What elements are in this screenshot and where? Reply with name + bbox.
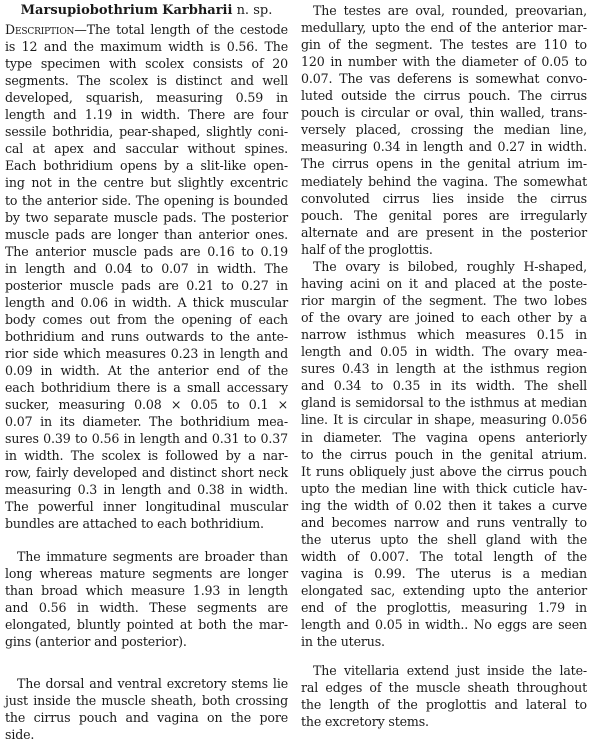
text-line: The testes are oval, rounded, preovarian… <box>301 2 587 19</box>
text-line: row, fairly developed and distinct short… <box>5 464 288 481</box>
text-line: luted outside the cirrus pouch. The cirr… <box>301 87 587 104</box>
text-line: sessile bothridia, pear-shaped, slightly… <box>5 123 288 140</box>
text-line: to the cirrus pouch in the genital atriu… <box>301 446 587 463</box>
text-line: length and 1.19 in width. There are four <box>5 106 288 123</box>
text-line: segments. The scolex is distinct and wel… <box>5 72 288 89</box>
text-line: The powerful inner longitudinal muscular <box>5 498 288 515</box>
text-line: alternate and are present in the posteri… <box>301 224 587 241</box>
text-line: length and 0.06 in width. A thick muscul… <box>5 294 288 311</box>
text-line: in length and 0.04 to 0.07 in width. The <box>5 260 288 277</box>
text-line: pouch is circular or oval, thin walled, … <box>301 104 587 121</box>
text-line: Each bothridium opens by a slit-like ope… <box>5 157 288 174</box>
text-line: convoluted cirrus lies inside the cirrus <box>301 190 587 207</box>
text-line: type specimen with scolex consists of 20 <box>5 55 288 72</box>
text-line: line. It is circular in shape, measuring… <box>301 411 587 428</box>
species-title: Marsupiobothrium Karbharii n. sp. <box>5 2 288 19</box>
text-line: rior margin of the segment. The two lobe… <box>301 292 587 309</box>
title-species: Karbharii <box>162 3 232 18</box>
text-line: the uterus upto the shell gland with the <box>301 531 587 548</box>
text-line: bothridium and runs outwards to the ante… <box>5 328 288 345</box>
text-line: medullary, upto the end of the anterior … <box>301 19 587 36</box>
text-line: of the ovary are joined to each other by… <box>301 309 587 326</box>
text-line: upto the median line with thick cuticle … <box>301 480 587 497</box>
text-line: 120 in number with the diameter of 0.05 … <box>301 53 587 70</box>
description-label: Description <box>5 22 74 37</box>
document-page: Marsupiobothrium Karbharii n. sp. Descri… <box>0 0 599 743</box>
text-line: elongated, bluntly pointed at both the m… <box>5 616 288 633</box>
text-line: The immature segments are broader than <box>5 548 288 565</box>
text-line: gland is semidorsal to the isthmus at me… <box>301 394 587 411</box>
text-line: 0.07. The vas deferens is somewhat convo… <box>301 70 587 87</box>
text-line: The ovary is bilobed, roughly H-shaped, <box>301 258 587 275</box>
text-line: is 12 and the maximum width is 0.56. The <box>5 38 288 55</box>
text-line: just inside the muscle sheath, both cros… <box>5 692 288 709</box>
text-line: posterior muscle pads are 0.21 to 0.27 i… <box>5 277 288 294</box>
text-line: the excretory stems. <box>301 713 587 730</box>
text-line: pouch. The genital pores are irregularly <box>301 207 587 224</box>
text-line: end of the proglottis, measuring 1.79 in <box>301 599 587 616</box>
text-line: measuring 0.34 in length and 0.27 in wid… <box>301 138 587 155</box>
text-line: width of 0.007. The total length of the <box>301 548 587 565</box>
text-line: The anterior muscle pads are 0.16 to 0.1… <box>5 243 288 260</box>
text-line: to the anterior side. The opening is bou… <box>5 192 288 209</box>
text-line: side. <box>5 726 288 743</box>
text-line: length and 0.05 in width.. No eggs are s… <box>301 616 587 633</box>
text-line: 0.09 in width. At the anterior end of th… <box>5 362 288 379</box>
text-line-content: —The total length of the cestode <box>74 22 288 37</box>
text-line: The dorsal and ventral excretory stems l… <box>5 675 288 692</box>
text-line: ing the width of 0.02 then it takes a cu… <box>301 497 587 514</box>
text-line: narrow isthmus which measures 0.15 in <box>301 326 587 343</box>
text-line: cal at apex and saccular without spines. <box>5 140 288 157</box>
title-genus: Marsupiobothrium <box>21 3 158 18</box>
text-line: body comes out from the opening of each <box>5 311 288 328</box>
text-line: and 0.34 to 0.35 in its width. The shell <box>301 377 587 394</box>
text-line: and becomes narrow and runs ventrally to <box>301 514 587 531</box>
text-line: It runs obliquely just above the cirrus … <box>301 463 587 480</box>
text-line: ral edges of the muscle sheath throughou… <box>301 679 587 696</box>
text-line: elongated sac, extending upto the anteri… <box>301 582 587 599</box>
text-line: by two separate muscle pads. The posteri… <box>5 209 288 226</box>
title-suffix: n. sp. <box>237 3 273 18</box>
text-line: developed, squarish, measuring 0.59 in <box>5 89 288 106</box>
text-line: gin of the segment. The testes are 110 t… <box>301 36 587 53</box>
text-line: The cirrus opens in the genital atrium i… <box>301 155 587 172</box>
text-line: the cirrus pouch and vagina on the pore <box>5 709 288 726</box>
text-line: rior side which measures 0.23 in length … <box>5 345 288 362</box>
text-line: having acini on it and placed at the pos… <box>301 275 587 292</box>
text-line: sucker, measuring 0.08 × 0.05 to 0.1 × <box>5 396 288 413</box>
text-line: bundles are attached to each bothridium. <box>5 515 288 532</box>
text-line: in width. The scolex is followed by a na… <box>5 447 288 464</box>
text-line: in diameter. The vagina opens anteriorly <box>301 429 587 446</box>
text-line: Description—The total length of the cest… <box>5 21 288 38</box>
text-line: 0.07 in its diameter. The bothridium mea… <box>5 413 288 430</box>
text-line: sures 0.39 to 0.56 in length and 0.31 to… <box>5 430 288 447</box>
text-line: sures 0.43 in length at the isthmus regi… <box>301 360 587 377</box>
text-line: long whereas mature segments are longer <box>5 565 288 582</box>
text-line: vagina is 0.99. The uterus is a median <box>301 565 587 582</box>
text-line: mediately behind the vagina. The somewha… <box>301 173 587 190</box>
text-line: muscle pads are longer than anterior one… <box>5 226 288 243</box>
text-line: ing not in the centre but slightly excen… <box>5 174 288 191</box>
text-line: The vitellaria extend just inside the la… <box>301 662 587 679</box>
text-line: versely placed, crossing the median line… <box>301 121 587 138</box>
text-line: each bothridium there is a small accessa… <box>5 379 288 396</box>
text-line: length and 0.05 in width. The ovary mea- <box>301 343 587 360</box>
text-line: gins (anterior and posterior). <box>5 633 288 650</box>
text-line: half of the proglottis. <box>301 241 587 258</box>
text-line: than broad which measure 1.93 in length <box>5 582 288 599</box>
text-line: the length of the proglottis and lateral… <box>301 696 587 713</box>
text-line: measuring 0.3 in length and 0.38 in widt… <box>5 481 288 498</box>
text-line: and 0.56 in width. These segments are <box>5 599 288 616</box>
text-line: in the uterus. <box>301 633 587 650</box>
